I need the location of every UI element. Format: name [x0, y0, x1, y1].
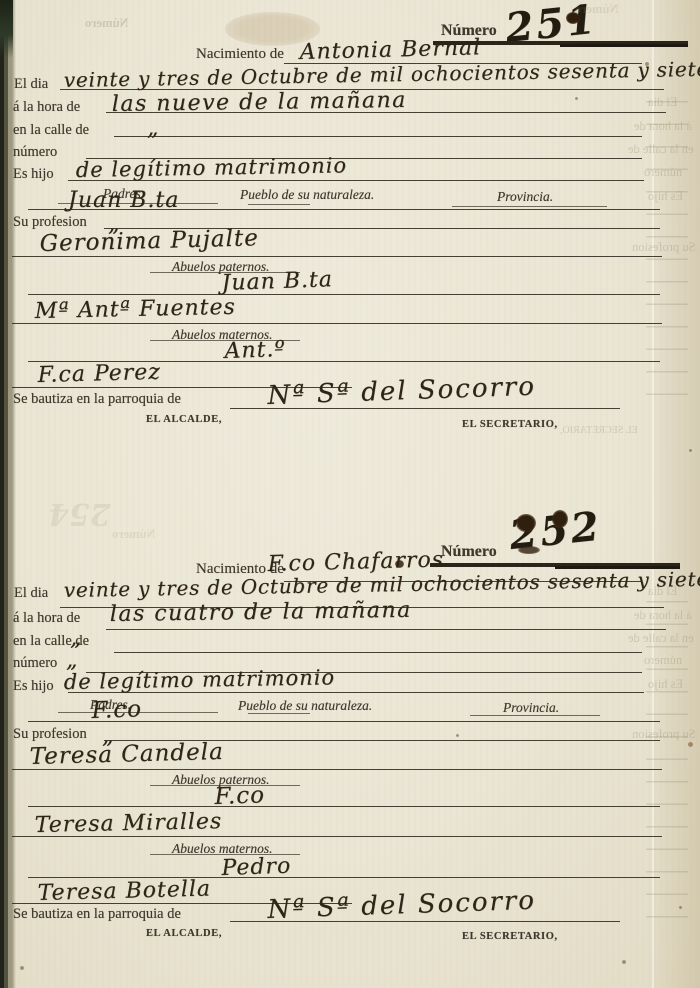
padre-hand: F.co: [91, 696, 142, 724]
ruled-line: [28, 209, 660, 210]
ruled-line: [230, 921, 620, 922]
ghost-text: número: [644, 165, 682, 180]
ruled-line: [106, 112, 666, 113]
foxing-speck: [456, 734, 459, 737]
foxing-speck: [20, 966, 24, 970]
hora-hand: las cuatro de la mañana: [110, 598, 412, 627]
pueblo-header: Pueblo de su naturaleza.: [238, 698, 372, 714]
madre-hand: Geronima Pujalte: [39, 225, 259, 257]
ink-blot: [566, 12, 580, 24]
parroquia-hand: Nª Sª del Socorro: [267, 372, 536, 411]
ruled-line: [28, 806, 660, 807]
dia-hand: veinte y tres de Octubre de mil ochocien…: [64, 567, 700, 602]
ruled-line: [452, 206, 607, 207]
ruled-line: [470, 715, 600, 716]
ruled-line: [68, 180, 644, 181]
ruled-line: [106, 629, 666, 630]
filiacion-hand: de legítimo matrimonio: [76, 153, 348, 182]
madre-hand: Teresa Candela: [29, 739, 224, 770]
alcalde-label: EL ALCALDE,: [146, 414, 222, 425]
ghost-text: Es hijo: [648, 189, 683, 204]
numero-casa-label: número: [13, 655, 57, 672]
foxing-speck: [679, 906, 682, 909]
es-hijo-label: Es hijo: [13, 678, 54, 695]
calle-label: en la calle de: [13, 122, 89, 139]
foxing-speck: [689, 449, 692, 452]
foxing-speck: [622, 960, 626, 964]
ghost-text: Número: [575, 2, 619, 17]
foxing-speck: [575, 97, 578, 100]
abuelo-paterno-hand: Juan B.ta: [221, 267, 333, 296]
ruled-line: [114, 652, 642, 653]
ghost-text: Su profesion: [632, 240, 696, 255]
numero-casa-label: número: [13, 144, 57, 161]
parroquia-label: Se bautiza en la parroquia de: [13, 906, 181, 923]
ghost-number: 254: [48, 496, 111, 531]
ghost-text: El dia: [648, 95, 678, 110]
ruled-line: [114, 136, 642, 137]
ghost-text: en la calle de: [628, 142, 694, 157]
filiacion-hand: de legítimo matrimonio: [64, 665, 336, 694]
secretario-label: EL SECRETARIO,: [462, 419, 558, 430]
abuelo-materno-hand: Ant.º: [224, 337, 286, 364]
secretario-label: EL SECRETARIO,: [462, 931, 558, 942]
ruled-line: [560, 44, 688, 47]
ghost-text: EL SECRETARIO,: [560, 425, 638, 436]
ink-blot: [516, 514, 536, 532]
alcalde-label: EL ALCALDE,: [146, 928, 222, 939]
ink-blot: [395, 560, 404, 568]
calle-ditto-hand: „: [147, 116, 159, 141]
ruled-line: [12, 323, 662, 324]
provincia-header: Provincia.: [503, 700, 559, 716]
el-dia-label: El dia: [14, 585, 48, 602]
ghost-text: Número: [85, 16, 129, 31]
ruled-line: [12, 836, 662, 837]
parroquia-label: Se bautiza en la parroquia de: [13, 391, 181, 408]
parroquia-hand: Nª Sª del Socorro: [267, 886, 536, 925]
ruled-line: [12, 769, 662, 770]
ghost-text: Número: [112, 527, 156, 542]
ghost-text: en la calle de: [628, 631, 694, 646]
ruled-line: [230, 408, 620, 409]
profesion-label: Su profesion: [13, 726, 87, 743]
dia-hand: veinte y tres de Octubre de mil ochocien…: [64, 57, 700, 92]
abuela-materna-hand: Teresa Botella: [37, 876, 211, 906]
nacimiento-label: Nacimiento de: [196, 46, 284, 63]
ruled-line: [68, 692, 644, 693]
ghost-text: El dia: [648, 584, 678, 599]
abuela-materna-hand: F.ca Perez: [37, 360, 161, 388]
foxing-speck: [688, 742, 693, 747]
binding-corner-shadow: [0, 0, 13, 58]
hora-label: á la hora de: [13, 99, 80, 116]
ghost-text: Es hijo: [648, 677, 683, 692]
provincia-header: Provincia.: [497, 189, 553, 205]
pueblo-header: Pueblo de su naturaleza.: [240, 187, 374, 203]
ghost-text: á la hora de: [634, 119, 692, 134]
ruled-line: [12, 256, 662, 257]
ghost-text: á la hora de: [634, 608, 692, 623]
ink-blot: [552, 510, 568, 528]
hora-label: á la hora de: [13, 610, 80, 627]
ghost-text: Su profesion: [632, 727, 696, 742]
registry-page-scan: Número 251 Nacimiento de Antonia Bernal …: [0, 0, 700, 988]
ruled-line: [28, 294, 660, 295]
abuela-paterna-hand: Mª Antª Fuentes: [34, 295, 236, 324]
numero-label: Número: [441, 543, 497, 561]
ruled-line: [248, 204, 310, 205]
ruled-line: [28, 721, 660, 722]
ghost-text: número: [644, 653, 682, 668]
el-dia-label: El dia: [14, 76, 48, 93]
ruled-line: [248, 713, 310, 714]
es-hijo-label: Es hijo: [13, 166, 54, 183]
abuela-paterna-hand: Teresa Miralles: [34, 809, 222, 838]
ink-blot: [518, 546, 540, 554]
foxing-speck: [645, 62, 649, 66]
profesion-label: Su profesion: [13, 214, 87, 231]
